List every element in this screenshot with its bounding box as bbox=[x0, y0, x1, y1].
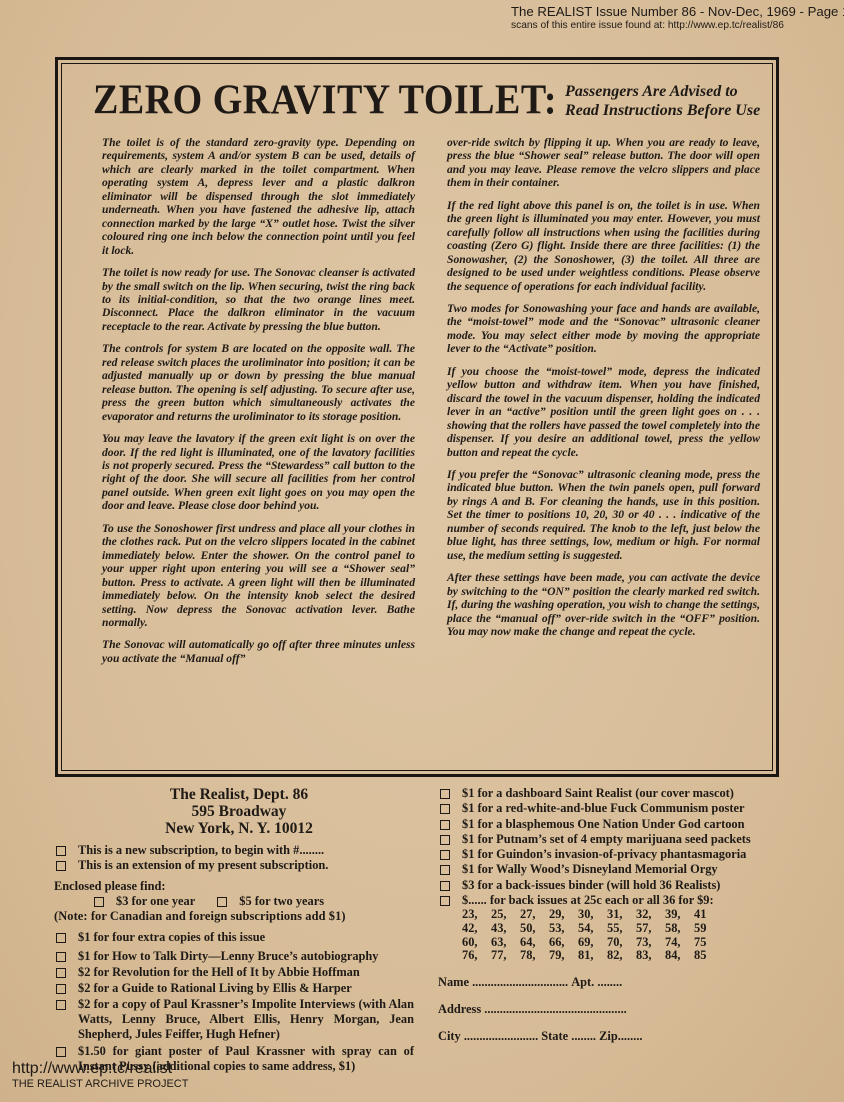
option-label: This is an extension of my present subsc… bbox=[78, 858, 328, 873]
subtitle-line-2: Read Instructions Before Use bbox=[565, 101, 760, 120]
item-label: $3 for a back-issues binder (will hold 3… bbox=[462, 878, 720, 893]
issue-row: 60,63,64,66,69,70,73,74,75 bbox=[462, 936, 798, 950]
item-label: $...... for back issues at 25c each or a… bbox=[462, 893, 714, 908]
issue-info: The REALIST Issue Number 86 - Nov-Dec, 1… bbox=[511, 4, 841, 20]
scan-source: scans of this entire issue found at: htt… bbox=[511, 20, 841, 32]
order-item[interactable]: $1 for a blasphemous One Nation Under Go… bbox=[438, 817, 798, 832]
checkbox[interactable] bbox=[440, 835, 450, 845]
right-column: over-ride switch by flipping it up. When… bbox=[447, 136, 760, 647]
article-header: ZERO GRAVITY TOILET: Passengers Are Advi… bbox=[93, 78, 760, 122]
paragraph: After these settings have been made, you… bbox=[447, 571, 760, 638]
archive-url[interactable]: http://www.ep.tc/realist bbox=[12, 1060, 188, 1078]
checkbox[interactable] bbox=[440, 804, 450, 814]
order-item[interactable]: $2 for Revolution for the Hell of It by … bbox=[54, 965, 414, 980]
article-box: ZERO GRAVITY TOILET: Passengers Are Advi… bbox=[55, 57, 779, 777]
address-line-2: 595 Broadway bbox=[64, 803, 414, 820]
option-label: $3 for one year bbox=[116, 894, 195, 909]
order-item[interactable]: $1 for How to Talk Dirty—Lenny Bruce’s a… bbox=[54, 949, 414, 964]
city-input[interactable]: ........................ bbox=[464, 1029, 538, 1044]
checkbox[interactable] bbox=[440, 881, 450, 891]
address-line-3: New York, N. Y. 10012 bbox=[64, 820, 414, 837]
item-label: $2 for Revolution for the Hell of It by … bbox=[78, 965, 360, 980]
state-label: State bbox=[541, 1029, 568, 1044]
state-input[interactable]: ........ bbox=[571, 1029, 596, 1044]
city-state-zip-field[interactable]: City ........................ State ....… bbox=[438, 1029, 798, 1044]
order-item[interactable]: $1 for a dashboard Saint Realist (our co… bbox=[438, 786, 798, 801]
archive-header: The REALIST Issue Number 86 - Nov-Dec, 1… bbox=[511, 4, 841, 32]
two-year-option[interactable]: $5 for two years bbox=[215, 894, 324, 909]
paragraph: The toilet is now ready for use. The Son… bbox=[102, 266, 415, 333]
city-label: City bbox=[438, 1029, 461, 1044]
item-label: $1 for How to Talk Dirty—Lenny Bruce’s a… bbox=[78, 949, 379, 964]
item-label: $1 for four extra copies of this issue bbox=[78, 930, 265, 945]
checkbox[interactable] bbox=[56, 968, 66, 978]
item-label: $1 for a dashboard Saint Realist (our co… bbox=[462, 786, 734, 801]
paragraph: The controls for system B are located on… bbox=[102, 342, 415, 423]
article-title: ZERO GRAVITY TOILET: bbox=[93, 75, 557, 124]
checkbox[interactable] bbox=[440, 820, 450, 830]
article-subtitle: Passengers Are Advised to Read Instructi… bbox=[565, 82, 760, 120]
item-label: $1 for a blasphemous One Nation Under Go… bbox=[462, 817, 745, 832]
subtitle-line-1: Passengers Are Advised to bbox=[565, 82, 760, 101]
order-item[interactable]: $2 for a copy of Paul Krassner’s Impolit… bbox=[54, 997, 414, 1042]
item-label: $1 for a red-white-and-blue Fuck Communi… bbox=[462, 801, 744, 816]
rate-options: $3 for one year $5 for two years bbox=[92, 894, 414, 909]
one-year-option[interactable]: $3 for one year bbox=[92, 894, 195, 909]
checkbox[interactable] bbox=[440, 865, 450, 875]
paragraph: To use the Sonoshower first undress and … bbox=[102, 522, 415, 630]
order-item[interactable]: $2 for a Guide to Rational Living by Ell… bbox=[54, 981, 414, 996]
item-label: $2 for a Guide to Rational Living by Ell… bbox=[78, 981, 352, 996]
paragraph: If the red light above this panel is on,… bbox=[447, 199, 760, 293]
checkbox[interactable] bbox=[440, 789, 450, 799]
name-label: Name bbox=[438, 975, 469, 990]
paragraph: The toilet is of the standard zero-gravi… bbox=[102, 136, 415, 257]
paragraph: If you choose the “moist-towel” mode, de… bbox=[447, 365, 760, 459]
zip-label: Zip bbox=[599, 1029, 618, 1044]
zip-input[interactable]: ........ bbox=[618, 1029, 643, 1044]
issue-row: 42,43,50,53,54,55,57,58,59 bbox=[462, 922, 798, 936]
address-line-1: The Realist, Dept. 86 bbox=[64, 786, 414, 803]
name-field[interactable]: Name ............................... Apt… bbox=[438, 975, 798, 990]
address-label: Address bbox=[438, 1002, 481, 1017]
order-form-left: The Realist, Dept. 86 595 Broadway New Y… bbox=[54, 786, 414, 1074]
item-label: $1 for Wally Wood’s Disneyland Memorial … bbox=[462, 862, 718, 877]
checkbox[interactable] bbox=[440, 896, 450, 906]
left-column: The toilet is of the standard zero-gravi… bbox=[102, 136, 415, 674]
archive-footer: http://www.ep.tc/realist THE REALIST ARC… bbox=[12, 1060, 188, 1091]
checkbox[interactable] bbox=[440, 850, 450, 860]
item-label: $1 for Putnam’s set of 4 empty marijuana… bbox=[462, 832, 751, 847]
checkbox[interactable] bbox=[56, 1000, 66, 1010]
archive-project-name: THE REALIST ARCHIVE PROJECT bbox=[12, 1078, 188, 1091]
option-label: $5 for two years bbox=[239, 894, 324, 909]
extension-subscription-option[interactable]: This is an extension of my present subsc… bbox=[54, 858, 414, 873]
order-item[interactable]: $1 for Guindon’s invasion-of-privacy pha… bbox=[438, 847, 798, 862]
order-item[interactable]: $1 for four extra copies of this issue bbox=[54, 930, 414, 945]
order-item[interactable]: $1 for a red-white-and-blue Fuck Communi… bbox=[438, 801, 798, 816]
order-item[interactable]: $3 for a back-issues binder (will hold 3… bbox=[438, 878, 798, 893]
address-input[interactable]: ........................................… bbox=[484, 1002, 627, 1017]
item-label: $2 for a copy of Paul Krassner’s Impolit… bbox=[78, 997, 414, 1042]
back-issues-list: 23,25,27,29,30,31,32,39,41 42,43,50,53,5… bbox=[462, 908, 798, 962]
apt-input[interactable]: ........ bbox=[597, 975, 622, 990]
name-input[interactable]: ............................... bbox=[472, 975, 568, 990]
item-label: $1 for Guindon’s invasion-of-privacy pha… bbox=[462, 847, 746, 862]
apt-label: Apt. bbox=[571, 975, 594, 990]
paragraph: If you prefer the “Sonovac” ultrasonic c… bbox=[447, 468, 760, 562]
paragraph: over-ride switch by flipping it up. When… bbox=[447, 136, 760, 190]
checkbox[interactable] bbox=[56, 861, 66, 871]
order-form-right: $1 for a dashboard Saint Realist (our co… bbox=[438, 786, 798, 1044]
order-item[interactable]: $1 for Wally Wood’s Disneyland Memorial … bbox=[438, 862, 798, 877]
checkbox[interactable] bbox=[217, 897, 227, 907]
order-item[interactable]: $...... for back issues at 25c each or a… bbox=[438, 893, 798, 908]
foreign-note: (Note: for Canadian and foreign subscrip… bbox=[54, 909, 414, 924]
enclosed-label: Enclosed please find: bbox=[54, 879, 414, 894]
checkbox[interactable] bbox=[94, 897, 104, 907]
mailing-address: The Realist, Dept. 86 595 Broadway New Y… bbox=[64, 786, 414, 837]
checkbox[interactable] bbox=[56, 952, 66, 962]
checkbox[interactable] bbox=[56, 984, 66, 994]
issue-row: 23,25,27,29,30,31,32,39,41 bbox=[462, 908, 798, 922]
option-label: This is a new subscription, to begin wit… bbox=[78, 843, 324, 858]
paragraph: You may leave the lavatory if the green … bbox=[102, 432, 415, 513]
issue-row: 76,77,78,79,81,82,83,84,85 bbox=[462, 949, 798, 963]
checkbox[interactable] bbox=[56, 1047, 66, 1057]
new-subscription-option[interactable]: This is a new subscription, to begin wit… bbox=[54, 843, 414, 858]
paragraph: The Sonovac will automatically go off af… bbox=[102, 638, 415, 665]
checkbox[interactable] bbox=[56, 846, 66, 856]
order-item[interactable]: $1 for Putnam’s set of 4 empty marijuana… bbox=[438, 832, 798, 847]
address-field[interactable]: Address ................................… bbox=[438, 1002, 798, 1017]
paragraph: Two modes for Sonowashing your face and … bbox=[447, 302, 760, 356]
checkbox[interactable] bbox=[56, 933, 66, 943]
